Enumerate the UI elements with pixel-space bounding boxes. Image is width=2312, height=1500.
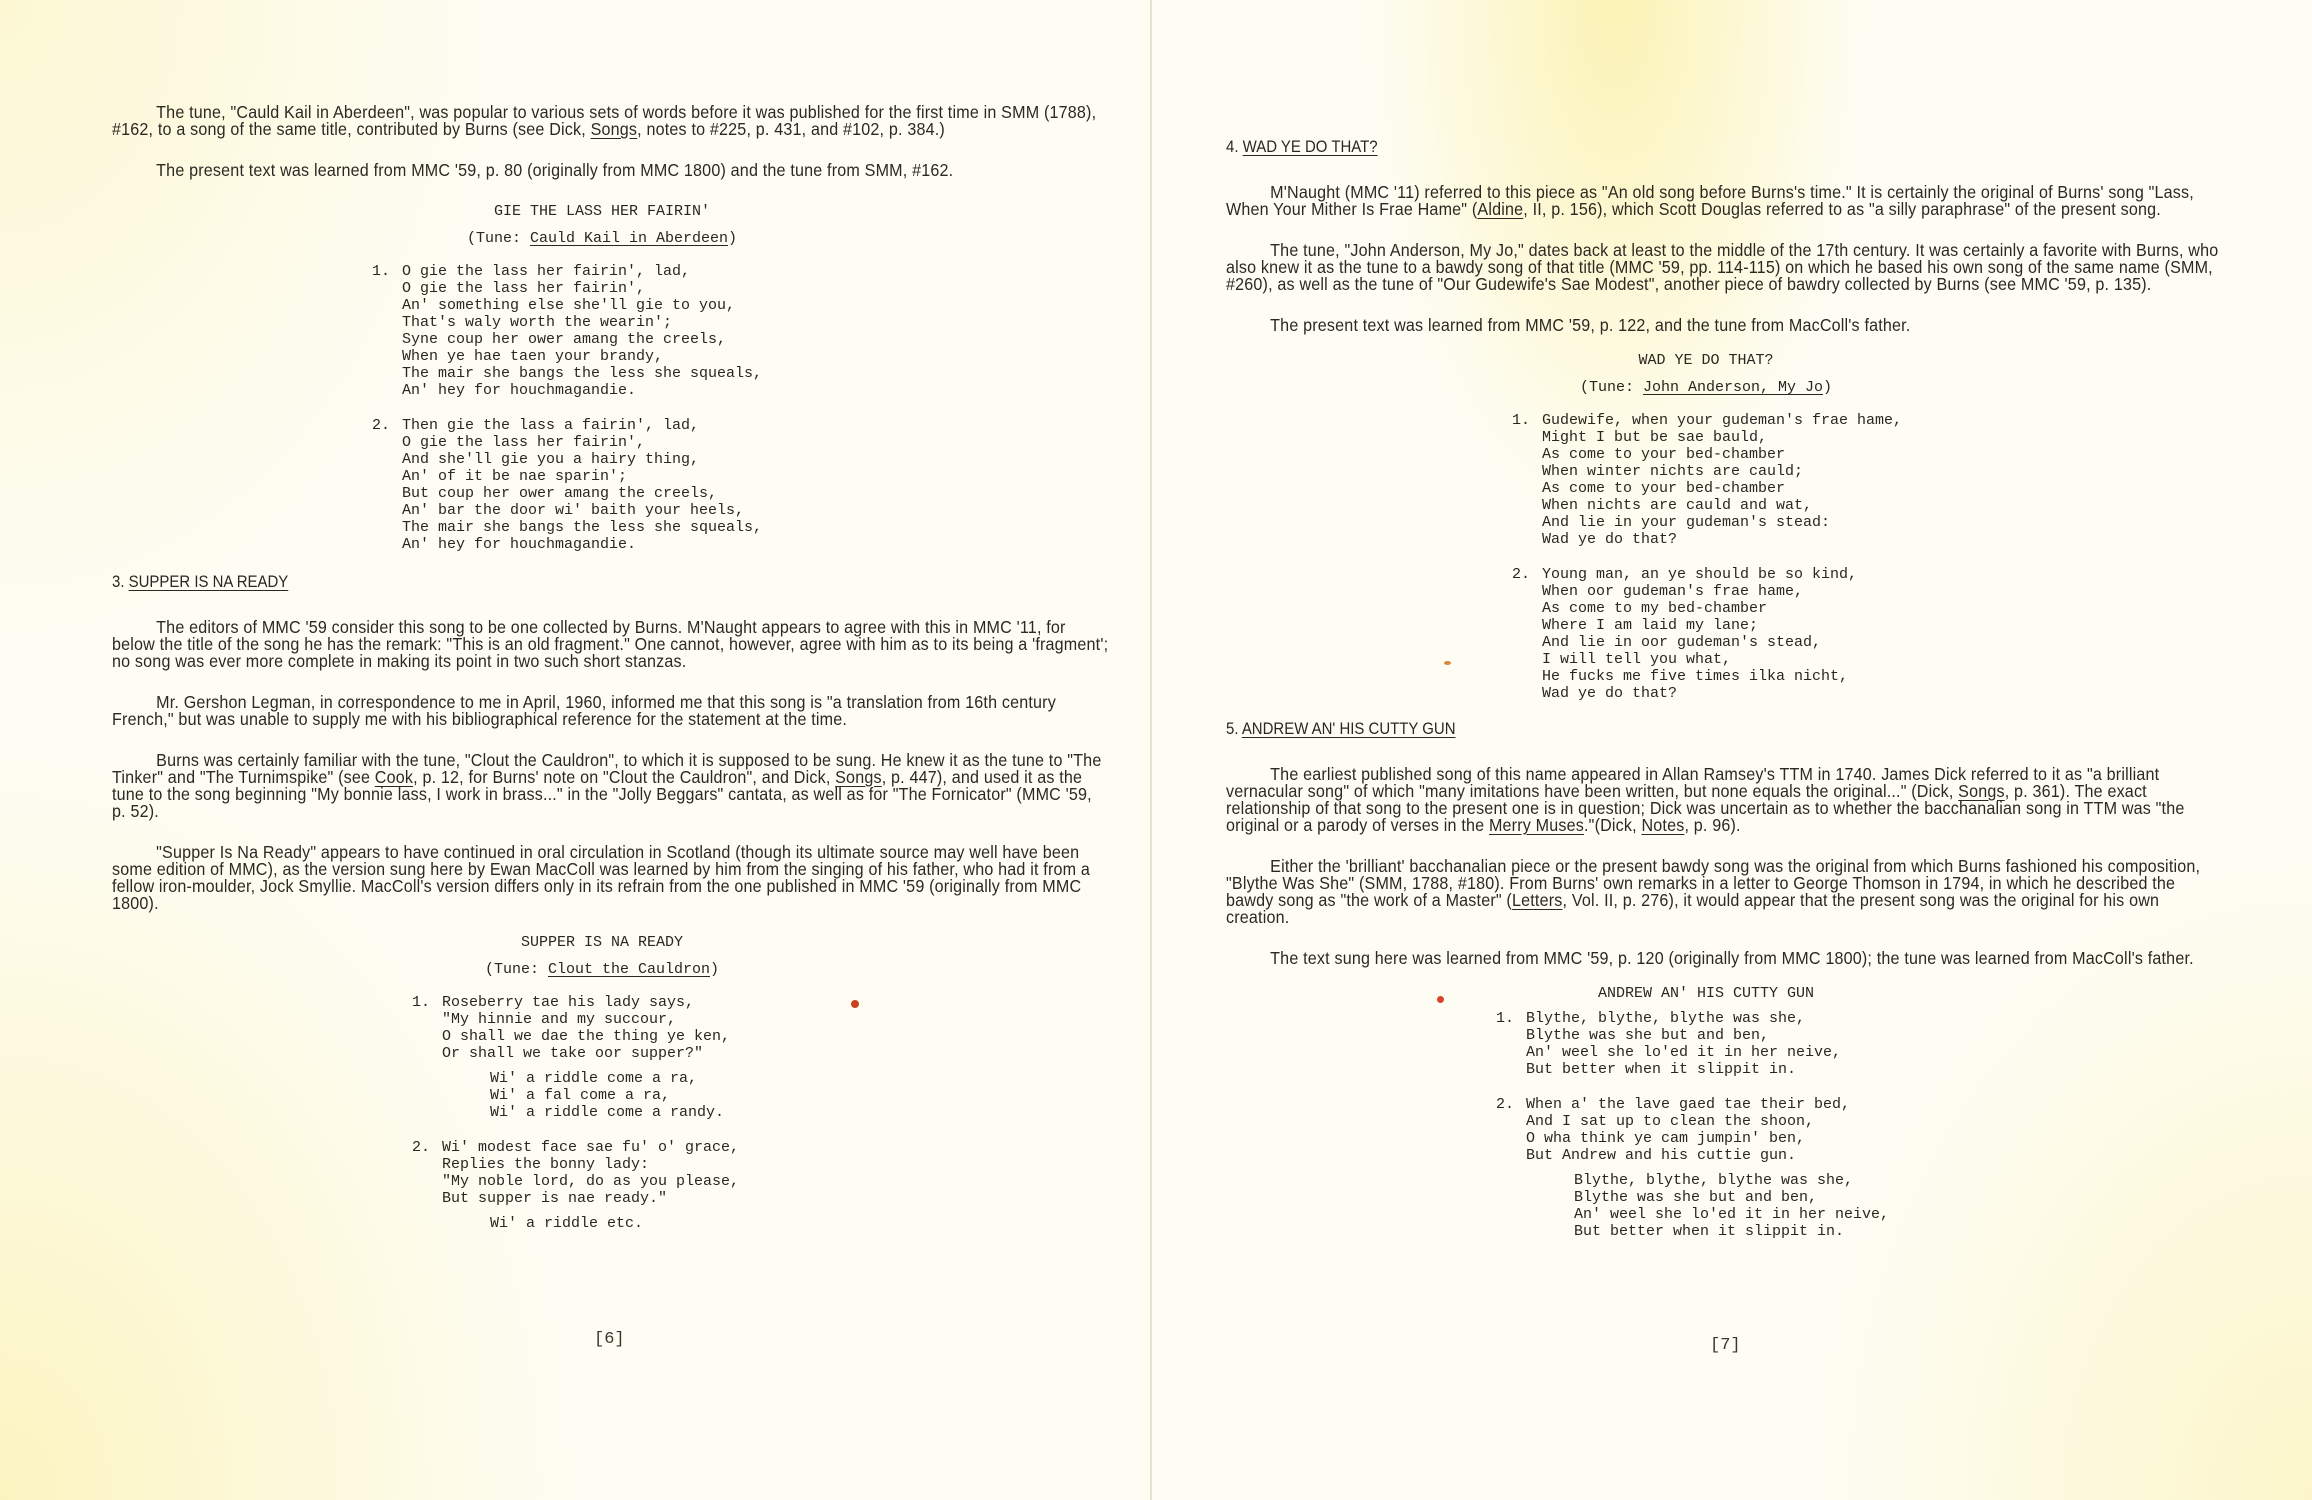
refrain-line: Wi' a fal come a ra,	[412, 1087, 1092, 1104]
song-tune: (Tune: John Anderson, My Jo)	[1226, 379, 2186, 396]
stanza: 1.Roseberry tae his lady says,"My hinnie…	[412, 994, 1092, 1121]
verse-line: 2.When a' the lave gaed tae their bed,	[1496, 1096, 2206, 1113]
verse-line: As come to your bed-chamber	[1512, 446, 2206, 463]
cited-title: Merry Muses	[1489, 815, 1584, 835]
stain-spot	[851, 1000, 859, 1008]
verse-line: He fucks me five times ilka nicht,	[1512, 668, 2206, 685]
paragraph: "Supper Is Na Ready" appears to have con…	[112, 844, 1110, 912]
section-heading: 4. WAD YE DO THAT?	[1226, 138, 2088, 156]
spacer	[1496, 1164, 2206, 1172]
stanzas: 1.Blythe, blythe, blythe was she,Blythe …	[1496, 1010, 2206, 1240]
stanzas: 1.Gudewife, when your gudeman's frae ham…	[1512, 412, 2206, 702]
book-spread: The tune, "Cauld Kail in Aberdeen", was …	[0, 0, 2312, 1500]
text-segment: The text sung here was learned from MMC …	[1270, 948, 2194, 968]
song-tune: (Tune: Cauld Kail in Aberdeen)	[112, 230, 1092, 247]
song-andrew-an-his-cutty-gun: ANDREW AN' HIS CUTTY GUN 1.Blythe, blyth…	[1226, 985, 2206, 1240]
text-segment: The present text was learned from MMC '5…	[1270, 315, 1910, 335]
tune-prefix: (Tune:	[485, 961, 548, 978]
verse-line: 2.Wi' modest face sae fu' o' grace,	[412, 1139, 1092, 1156]
verse-line: That's waly worth the wearin';	[372, 314, 1092, 331]
verse-line: But better when it slippit in.	[1496, 1061, 2206, 1078]
section-number: 5.	[1226, 719, 1238, 738]
verse-line: As come to your bed-chamber	[1512, 480, 2206, 497]
section-3: 3. SUPPER IS NA READY The editors of MMC…	[112, 573, 1092, 912]
section-number: 3.	[112, 572, 124, 591]
section-5: 5. ANDREW AN' HIS CUTTY GUN The earliest…	[1226, 720, 2206, 967]
refrain-line: But better when it slippit in.	[1496, 1223, 2206, 1240]
stanza-number: 2.	[1496, 1096, 1526, 1113]
section-paragraphs: The editors of MMC '59 consider this son…	[112, 619, 1092, 912]
verse-line: When oor gudeman's frae hame,	[1512, 583, 2206, 600]
verse-line: Wad ye do that?	[1512, 685, 2206, 702]
song-title: ANDREW AN' HIS CUTTY GUN	[1226, 985, 2186, 1002]
stain-spot	[1437, 996, 1444, 1003]
section-4: 4. WAD YE DO THAT? M'Naught (MMC '11) re…	[1226, 138, 2206, 334]
refrain-line: Blythe, blythe, blythe was she,	[1496, 1172, 2206, 1189]
verse-line: O wha think ye cam jumpin' ben,	[1496, 1130, 2206, 1147]
verse-line: Where I am laid my lane;	[1512, 617, 2206, 634]
paragraph: The present text was learned from MMC '5…	[112, 162, 1110, 179]
verse-line: "My hinnie and my succour,	[412, 1011, 1092, 1028]
tune-name: Clout the Cauldron	[548, 961, 710, 978]
verse-line: As come to my bed-chamber	[1512, 600, 2206, 617]
song-gie-the-lass: GIE THE LASS HER FAIRIN' (Tune: Cauld Ka…	[112, 203, 1092, 553]
refrain-line: Blythe was she but and ben,	[1496, 1189, 2206, 1206]
verse-line: I will tell you what,	[1512, 651, 2206, 668]
song-title: SUPPER IS NA READY	[112, 934, 1092, 951]
cited-title: Letters	[1512, 890, 1563, 910]
verse-line: But Andrew and his cuttie gun.	[1496, 1147, 2206, 1164]
verse-line: An' something else she'll gie to you,	[372, 297, 1092, 314]
section-paragraphs: M'Naught (MMC '11) referred to this piec…	[1226, 184, 2206, 334]
stanza-number: 2.	[412, 1139, 442, 1156]
song-supper-is-na-ready: SUPPER IS NA READY (Tune: Clout the Caul…	[112, 934, 1092, 1232]
stanzas: 1.Roseberry tae his lady says,"My hinnie…	[412, 994, 1092, 1232]
text-segment: Mr. Gershon Legman, in correspondence to…	[112, 692, 1056, 729]
stanza: 1.Gudewife, when your gudeman's frae ham…	[1512, 412, 2206, 548]
tune-prefix: (Tune:	[467, 230, 530, 247]
paragraph: The tune, "Cauld Kail in Aberdeen", was …	[112, 104, 1110, 138]
intro-paragraphs: The tune, "Cauld Kail in Aberdeen", was …	[112, 104, 1092, 179]
verse-line: 2.Then gie the lass a fairin', lad,	[372, 417, 1092, 434]
text-segment: ."(Dick,	[1584, 815, 1641, 835]
refrain-line: An' weel she lo'ed it in her neive,	[1496, 1206, 2206, 1223]
section-paragraphs: The earliest published song of this name…	[1226, 766, 2206, 967]
tune-suffix: )	[710, 961, 719, 978]
page-6: The tune, "Cauld Kail in Aberdeen", was …	[0, 0, 1152, 1500]
verse-line: An' bar the door wi' baith your heels,	[372, 502, 1092, 519]
spacer	[412, 1207, 1092, 1215]
section-title: ANDREW AN' HIS CUTTY GUN	[1242, 719, 1456, 738]
stanza-number: 1.	[1496, 1010, 1526, 1027]
page-number: [7]	[1710, 1336, 1741, 1355]
verse-line: And she'll gie you a hairy thing,	[372, 451, 1092, 468]
song-tune: (Tune: Clout the Cauldron)	[112, 961, 1092, 978]
section-title: SUPPER IS NA READY	[129, 572, 289, 591]
verse-line: Wad ye do that?	[1512, 531, 2206, 548]
spacer	[412, 1062, 1092, 1070]
verse-line: O gie the lass her fairin',	[372, 434, 1092, 451]
verse-line: An' hey for houchmagandie.	[372, 536, 1092, 553]
stanza: 1.Blythe, blythe, blythe was she,Blythe …	[1496, 1010, 2206, 1078]
verse-line: An' hey for houchmagandie.	[372, 382, 1092, 399]
text-segment: "Supper Is Na Ready" appears to have con…	[112, 842, 1090, 913]
tune-name: Cauld Kail in Aberdeen	[530, 230, 728, 247]
verse-line: The mair she bangs the less she squeals,	[372, 365, 1092, 382]
verse-line: 1.Gudewife, when your gudeman's frae ham…	[1512, 412, 2206, 429]
stanza-number: 2.	[372, 417, 402, 434]
stanzas: 1.O gie the lass her fairin', lad,O gie …	[372, 263, 1092, 553]
stanza-number: 2.	[1512, 566, 1542, 583]
section-title: WAD YE DO THAT?	[1243, 137, 1378, 156]
verse-line: Might I but be sae bauld,	[1512, 429, 2206, 446]
text-segment: , p. 96).	[1684, 815, 1740, 835]
cited-title: Aldine	[1477, 199, 1523, 219]
paragraph: The tune, "John Anderson, My Jo," dates …	[1226, 242, 2224, 293]
verse-line: 1.Blythe, blythe, blythe was she,	[1496, 1010, 2206, 1027]
text-segment: , notes to #225, p. 431, and #102, p. 38…	[637, 119, 945, 139]
verse-line: O shall we dae the thing ye ken,	[412, 1028, 1092, 1045]
paragraph: M'Naught (MMC '11) referred to this piec…	[1226, 184, 2224, 218]
stanza-number: 1.	[372, 263, 402, 280]
page-6-content: The tune, "Cauld Kail in Aberdeen", was …	[112, 104, 1092, 1250]
text-segment: , II, p. 156), which Scott Douglas refer…	[1523, 199, 2161, 219]
tune-prefix: (Tune:	[1580, 379, 1643, 396]
verse-line: O gie the lass her fairin',	[372, 280, 1092, 297]
verse-line: 1.Roseberry tae his lady says,	[412, 994, 1092, 1011]
paragraph: The present text was learned from MMC '5…	[1226, 317, 2224, 334]
song-title: WAD YE DO THAT?	[1226, 352, 2186, 369]
verse-line: And lie in oor gudeman's stead,	[1512, 634, 2206, 651]
stanza: 1.O gie the lass her fairin', lad,O gie …	[372, 263, 1092, 399]
verse-line: Replies the bonny lady:	[412, 1156, 1092, 1173]
song-wad-ye-do-that: WAD YE DO THAT? (Tune: John Anderson, My…	[1226, 352, 2206, 702]
verse-line: And I sat up to clean the shoon,	[1496, 1113, 2206, 1130]
text-segment: The present text was learned from MMC '5…	[156, 160, 953, 180]
section-number: 4.	[1226, 137, 1238, 156]
verse-line: But coup her ower amang the creels,	[372, 485, 1092, 502]
verse-line: 1.O gie the lass her fairin', lad,	[372, 263, 1092, 280]
page-number: [6]	[594, 1330, 625, 1349]
cited-title: Notes	[1641, 815, 1684, 835]
text-segment: The editors of MMC '59 consider this son…	[112, 617, 1108, 671]
refrain-line: Wi' a riddle come a randy.	[412, 1104, 1092, 1121]
verse-line: An' weel she lo'ed it in her neive,	[1496, 1044, 2206, 1061]
stanza-number: 1.	[412, 994, 442, 1011]
page-7: 4. WAD YE DO THAT? M'Naught (MMC '11) re…	[1152, 0, 2312, 1500]
cited-title: Songs	[591, 119, 638, 139]
tune-name: John Anderson, My Jo	[1643, 379, 1823, 396]
refrain-line: Wi' a riddle come a ra,	[412, 1070, 1092, 1087]
paragraph: Mr. Gershon Legman, in correspondence to…	[112, 694, 1110, 728]
paragraph: The editors of MMC '59 consider this son…	[112, 619, 1110, 670]
paragraph: Either the 'brilliant' bacchanalian piec…	[1226, 858, 2224, 926]
song-title: GIE THE LASS HER FAIRIN'	[112, 203, 1092, 220]
stanza-number: 1.	[1512, 412, 1542, 429]
verse-line: The mair she bangs the less she squeals,	[372, 519, 1092, 536]
tune-suffix: )	[728, 230, 737, 247]
verse-line: But supper is nae ready."	[412, 1190, 1092, 1207]
stanza: 2.Then gie the lass a fairin', lad,O gie…	[372, 417, 1092, 553]
verse-line: "My noble lord, do as you please,	[412, 1173, 1092, 1190]
page-7-content: 4. WAD YE DO THAT? M'Naught (MMC '11) re…	[1226, 138, 2206, 1258]
refrain-line: Wi' a riddle etc.	[412, 1215, 1092, 1232]
stanza: 2.Young man, an ye should be so kind,Whe…	[1512, 566, 2206, 702]
section-heading: 5. ANDREW AN' HIS CUTTY GUN	[1226, 720, 2088, 738]
stain-spot	[1444, 661, 1451, 665]
verse-line: An' of it be nae sparin';	[372, 468, 1092, 485]
paragraph: The text sung here was learned from MMC …	[1226, 950, 2224, 967]
tune-suffix: )	[1823, 379, 1832, 396]
section-heading: 3. SUPPER IS NA READY	[112, 573, 974, 591]
verse-line: Or shall we take oor supper?"	[412, 1045, 1092, 1062]
verse-line: Blythe was she but and ben,	[1496, 1027, 2206, 1044]
verse-line: 2.Young man, an ye should be so kind,	[1512, 566, 2206, 583]
text-segment: The tune, "John Anderson, My Jo," dates …	[1226, 240, 2218, 294]
stanza: 2.When a' the lave gaed tae their bed,An…	[1496, 1096, 2206, 1240]
verse-line: And lie in your gudeman's stead:	[1512, 514, 2206, 531]
verse-line: When nichts are cauld and wat,	[1512, 497, 2206, 514]
verse-line: Syne coup her ower amang the creels,	[372, 331, 1092, 348]
stanza: 2.Wi' modest face sae fu' o' grace,Repli…	[412, 1139, 1092, 1232]
paragraph: The earliest published song of this name…	[1226, 766, 2224, 834]
verse-line: When ye hae taen your brandy,	[372, 348, 1092, 365]
verse-line: When winter nichts are cauld;	[1512, 463, 2206, 480]
paragraph: Burns was certainly familiar with the tu…	[112, 752, 1110, 820]
